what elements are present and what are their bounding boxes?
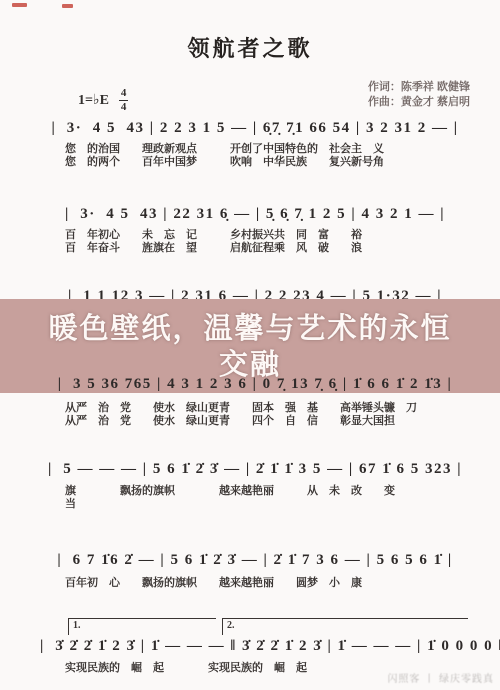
- notes-line: | 3 5 36 765 | 4 3 1 2 3 6 | 0 7̣ 13 7̣ …: [40, 376, 470, 393]
- red-mark: [12, 3, 27, 7]
- lyric-line: 当: [40, 498, 470, 511]
- key-time-signature: 1=♭E 4 4: [78, 88, 128, 113]
- lyric-line: 您 的两个 百年中国梦 吹响 中华民族 复兴新号角: [40, 156, 470, 169]
- credits: 作词：陈季祥 欧健锋 作曲：黄金才 蔡启明: [368, 80, 470, 110]
- lyric-line: 百 年初心 未 忘 记 乡村振兴共 同 富 裕: [40, 229, 470, 242]
- time-signature: 4 4: [119, 88, 129, 113]
- lyric-line: 从严 治 党 使水 绿山更青 固本 强 基 高举锤头镰 刀: [40, 402, 470, 415]
- music-system-1: | 3· 4 5 43 | 2 2 3 1 5 — | 6̣7̣ 7̣1 66 …: [40, 120, 470, 169]
- composer-credit: 作曲：黄金才 蔡启明: [368, 95, 470, 110]
- time-signature-denominator: 4: [121, 101, 127, 113]
- time-signature-numerator: 4: [119, 88, 129, 101]
- notes-line: | 3· 4 5 43 | 22 31 6̣ — | 5̣ 6̣ 7̣ 1 2 …: [40, 206, 470, 223]
- volta-bracket-1: 1.: [68, 618, 216, 635]
- lyric-line: 从严 治 党 使水 绿山更青 四个 自 信 彰显大国担: [40, 415, 470, 428]
- overlay-text-line1: 暖色壁纸，温馨与艺术的永恒: [48, 310, 451, 348]
- lyric-line: 百 年奋斗 旌旗在 望 启航征程乘 风 破 浪: [40, 242, 470, 255]
- lyric-line: 旗 飘扬的旗帜 越来越艳丽 从 未 改 变: [40, 485, 470, 498]
- volta-label-2: 2.: [227, 620, 235, 631]
- key-signature: 1=♭E: [78, 92, 109, 109]
- lyricist-credit: 作词：陈季祥 欧健锋: [368, 80, 470, 95]
- music-system-6: | 6 7 1̇6 2̇ — | 5 6 1̇ 2̇ 3̇ — | 2̇ 1̇ …: [40, 552, 470, 590]
- notes-line: | 3· 4 5 43 | 2 2 3 1 5 — | 6̣7̣ 7̣1 66 …: [40, 120, 470, 137]
- red-mark: [62, 4, 73, 8]
- volta-label-1: 1.: [73, 620, 81, 631]
- lyric-line: 百年初 心 飘扬的旗帜 越来越艳丽 圆梦 小 康: [40, 577, 470, 590]
- volta-bracket-2: 2.: [222, 618, 468, 635]
- music-system-4: | 3 5 36 765 | 4 3 1 2 3 6 | 0 7̣ 13 7̣ …: [40, 376, 470, 428]
- notes-line: | 5 — — — | 5 6 1̇ 2̇ 3̇ — | 2̇ 1̇ 1̇ 3 …: [40, 461, 470, 478]
- music-system-2: | 3· 4 5 43 | 22 31 6̣ — | 5̣ 6̣ 7̣ 1 2 …: [40, 206, 470, 255]
- song-title: 领航者之歌: [0, 32, 500, 63]
- notes-line: | 6 7 1̇6 2̇ — | 5 6 1̇ 2̇ 3̇ — | 2̇ 1̇ …: [40, 552, 470, 569]
- music-system-5: | 5 — — — | 5 6 1̇ 2̇ 3̇ — | 2̇ 1̇ 1̇ 3 …: [40, 461, 470, 511]
- watermark: 闪照客 丨 绿庆零践真: [387, 670, 494, 685]
- lyric-line: 您 的治国 理政新观点 开创了中国特色的 社会主 义: [40, 143, 470, 156]
